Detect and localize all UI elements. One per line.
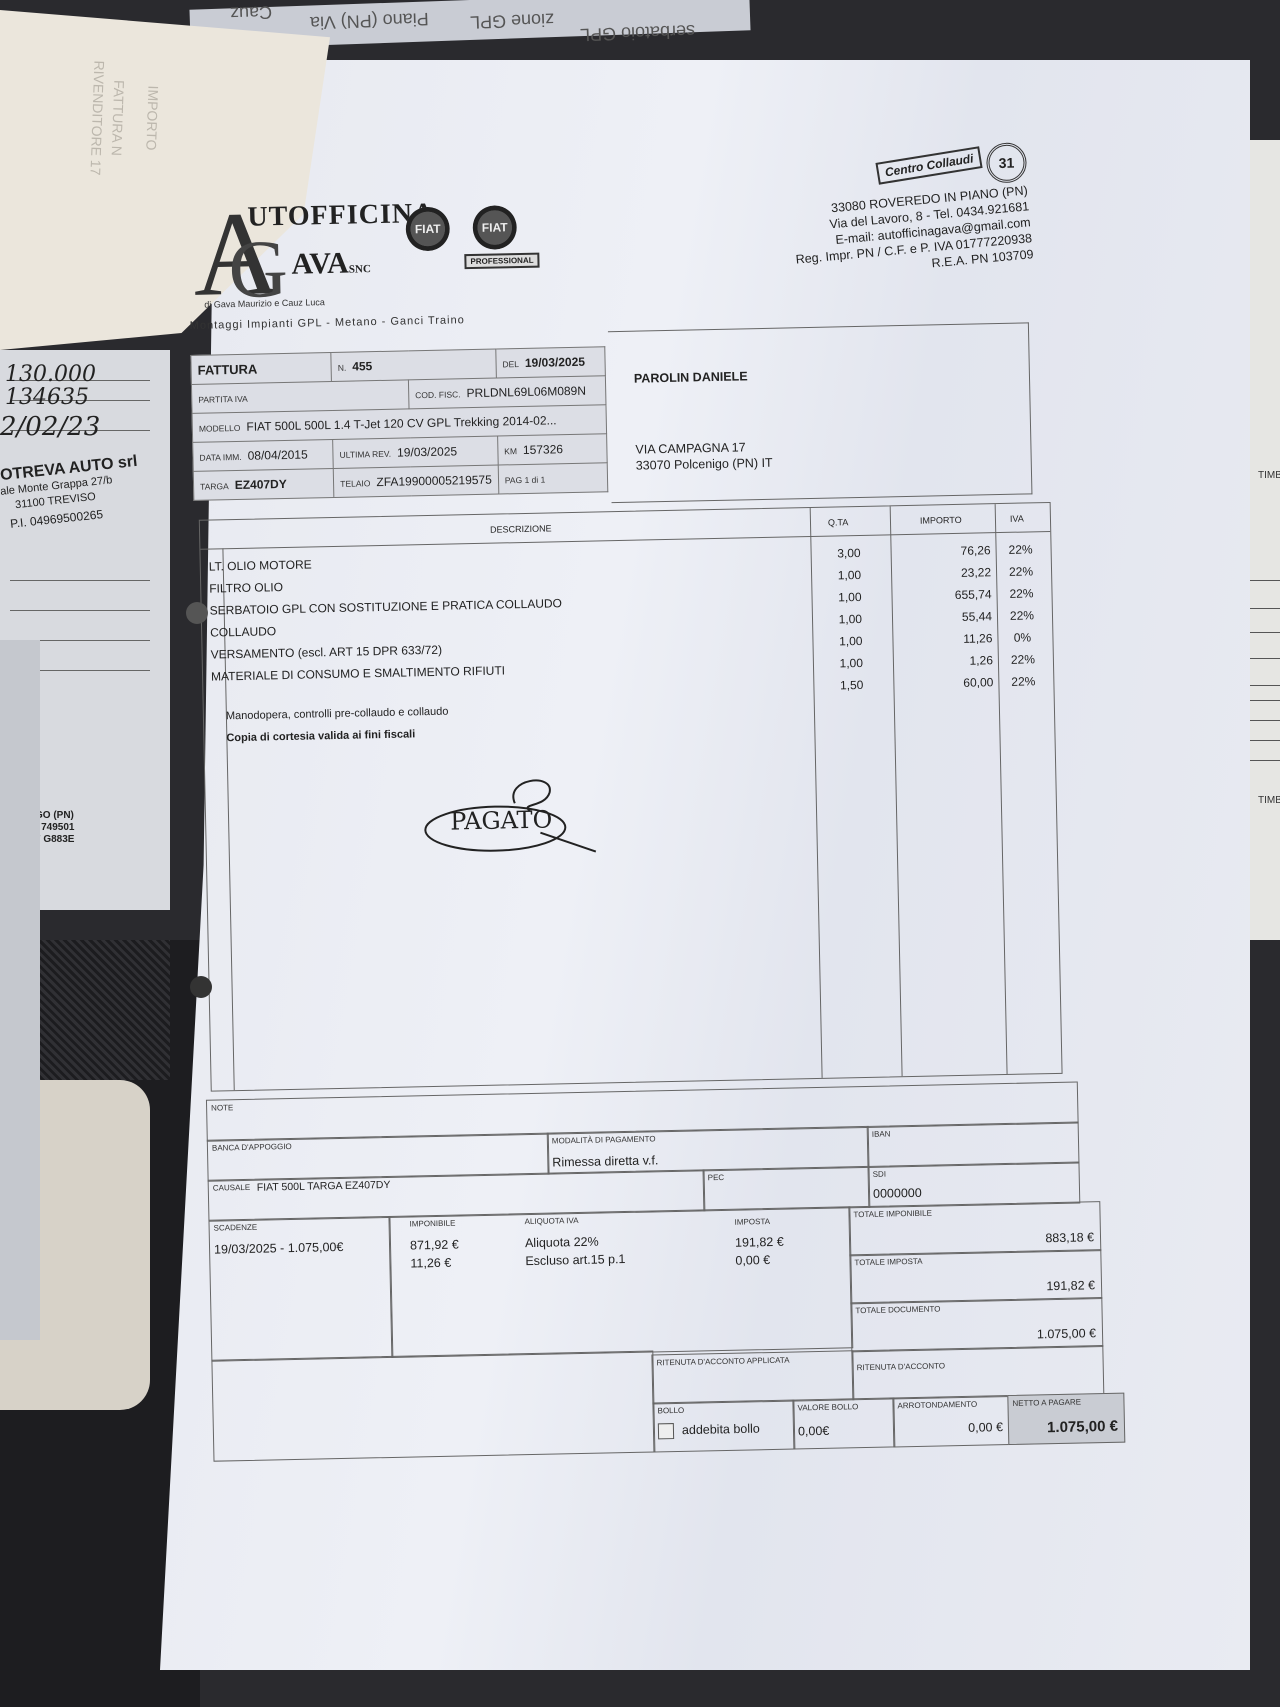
bg-text: zione GPL bbox=[470, 9, 555, 33]
total-tax-label: TOTALE IMPOSTA bbox=[854, 1257, 922, 1267]
taxable-value: 11,26 € bbox=[410, 1256, 451, 1271]
item-vat: 22% bbox=[1003, 652, 1043, 667]
stamp-duty-option[interactable]: addebita bollo bbox=[658, 1421, 760, 1439]
column-header-vat: IVA bbox=[1010, 514, 1024, 524]
item-amount: 23,22 bbox=[901, 565, 991, 581]
rounding-label: ARROTONDAMENTO bbox=[897, 1400, 977, 1411]
vat-rate-value: Escluso art.15 p.1 bbox=[525, 1252, 625, 1268]
item-vat: 22% bbox=[1001, 586, 1041, 601]
item-amount: 60,00 bbox=[903, 675, 993, 691]
notes-label: NOTE bbox=[211, 1103, 233, 1112]
item-qty: 1,00 bbox=[822, 612, 862, 627]
item-amount: 76,26 bbox=[900, 543, 990, 559]
net-payable-label: NETTO A PAGARE bbox=[1012, 1398, 1081, 1408]
bg-text: Cauz bbox=[230, 1, 273, 23]
item-amount: 11,26 bbox=[902, 631, 992, 647]
document-type: FATTURA bbox=[197, 361, 257, 377]
item-qty: 3,00 bbox=[820, 546, 860, 561]
due-dates-label: SCADENZE bbox=[214, 1223, 258, 1233]
sdi-label: SDI bbox=[873, 1170, 887, 1179]
invoice-header-table: FATTURA N.455 DEL19/03/2025 PARTITA IVA … bbox=[190, 346, 608, 501]
handwritten-text: 130.000 bbox=[5, 362, 96, 387]
item-qty: 1,00 bbox=[821, 590, 861, 605]
stamp-value: 0,00€ bbox=[798, 1424, 830, 1439]
license-plate: EZ407DY bbox=[235, 477, 287, 492]
bg-text: Piano (PN) Via bbox=[310, 8, 429, 33]
item-qty: 1,50 bbox=[823, 678, 863, 693]
customer-box: PAROLIN DANIELE VIA CAMPAGNA 17 33070 Po… bbox=[608, 322, 1033, 503]
logo-text-bottom: AVASNC bbox=[291, 246, 371, 282]
payment-method-label: MODALITÀ DI PAGAMENTO bbox=[552, 1134, 656, 1145]
item-description: MATERIALE DI CONSUMO E SMALTIMENTO RIFIU… bbox=[211, 663, 505, 683]
item-description: COLLAUDO bbox=[210, 624, 276, 639]
vat-rate-value: Aliquota 22% bbox=[525, 1235, 599, 1251]
stamp-value-label: VALORE BOLLO bbox=[797, 1402, 858, 1412]
item-note: Copia di cortesia valida ai fini fiscali bbox=[226, 728, 415, 744]
signature-paid-stamp: PAGATO bbox=[419, 771, 601, 865]
fiat-professional-label: PROFESSIONAL bbox=[464, 253, 539, 270]
stamp-text: 7 G883E bbox=[35, 834, 74, 845]
total-document-value: 1.075,00 € bbox=[1037, 1326, 1096, 1341]
handwritten-text: 2/02/23 bbox=[0, 412, 100, 442]
vat-rate-label: ALIQUOTA IVA bbox=[524, 1216, 578, 1226]
withholding-label: RITENUTA D'ACCONTO bbox=[857, 1361, 946, 1372]
taxable-label: IMPONIBILE bbox=[409, 1219, 455, 1229]
centro-collaudi-logo: Centro Collaudi bbox=[875, 146, 983, 185]
company-logo: A G UTOFFICINA AVASNC di Gava Maurizio e… bbox=[192, 188, 524, 315]
item-qty: 1,00 bbox=[821, 568, 861, 583]
items-table: DESCRIZIONE Q.TA IMPORTO IVA LT. OLIO MO… bbox=[199, 502, 1063, 1092]
stamp-text: GO (PN) bbox=[35, 810, 74, 821]
column-header-qty: Q.TA bbox=[828, 517, 849, 527]
vehicle-model: FIAT 500L 500L 1.4 T-Jet 120 CV GPL Trek… bbox=[246, 413, 556, 433]
item-description: LT. OLIO MOTORE bbox=[209, 557, 312, 573]
column-header-description: DESCRIZIONE bbox=[490, 523, 552, 534]
sdi-value: 0000000 bbox=[873, 1186, 922, 1201]
bg-text: serbatoio GPL bbox=[580, 20, 696, 45]
company-address: 33080 ROVEREDO IN PIANO (PN) Via del Lav… bbox=[788, 182, 1034, 283]
causale-label: CAUSALE bbox=[213, 1183, 251, 1193]
due-date-value: 19/03/2025 - 1.075,00€ bbox=[214, 1240, 344, 1257]
item-description: VERSAMENTO (escl. ART 15 DPR 633/72) bbox=[210, 643, 442, 662]
payment-method: Rimessa diretta v.f. bbox=[552, 1153, 658, 1169]
pec-label: PEC bbox=[708, 1173, 725, 1182]
item-description: SERBATOIO GPL CON SOSTITUZIONE E PRATICA… bbox=[210, 596, 563, 617]
item-amount: 655,74 bbox=[901, 587, 991, 603]
item-vat: 22% bbox=[1002, 608, 1042, 623]
tax-label: IMPOSTA bbox=[735, 1217, 771, 1227]
item-qty: 1,00 bbox=[822, 634, 862, 649]
tax-value: 191,82 € bbox=[735, 1235, 784, 1250]
item-vat: 22% bbox=[1000, 542, 1040, 557]
stamp-duty-label: BOLLO bbox=[657, 1406, 684, 1416]
item-amount: 1,26 bbox=[903, 653, 993, 669]
item-vat: 22% bbox=[1001, 564, 1041, 579]
stamp-text: P.I. 04969500265 bbox=[10, 507, 104, 531]
last-revision-date: 19/03/2025 bbox=[397, 444, 457, 459]
stamp-duty-checkbox[interactable] bbox=[658, 1423, 674, 1439]
stamp-text: - 749501 bbox=[35, 822, 74, 833]
codice-fiscale: PRLDNL69L06M089N bbox=[466, 384, 586, 400]
punch-hole bbox=[186, 602, 208, 624]
background-document-left-edge bbox=[0, 640, 40, 1340]
punch-hole bbox=[190, 976, 212, 998]
item-vat: 22% bbox=[1003, 674, 1043, 689]
company-owners: di Gava Maurizio e Cauz Luca bbox=[204, 297, 325, 310]
car-mesh-background bbox=[20, 940, 170, 1080]
mileage: 157326 bbox=[523, 442, 563, 457]
total-document-label: TOTALE DOCUMENTO bbox=[855, 1304, 940, 1315]
net-payable-value: 1.075,00 € bbox=[1047, 1418, 1118, 1436]
item-qty: 1,00 bbox=[823, 656, 863, 671]
bank-label: BANCA D'APPOGGIO bbox=[212, 1142, 292, 1153]
customer-name: PAROLIN DANIELE bbox=[634, 369, 748, 385]
tax-value: 0,00 € bbox=[735, 1253, 770, 1268]
total-tax-value: 191,82 € bbox=[1046, 1278, 1095, 1293]
svg-text:PAGATO: PAGATO bbox=[450, 805, 553, 835]
invoice-date: 19/03/2025 bbox=[525, 355, 585, 370]
causale-value: FIAT 500L TARGA EZ407DY bbox=[257, 1179, 391, 1194]
item-amount: 55,44 bbox=[902, 609, 992, 625]
withholding-applied-label: RITENUTA D'ACCONTO APPLICATA bbox=[656, 1356, 789, 1368]
rounding-value: 0,00 € bbox=[968, 1420, 1003, 1435]
page-indicator: PAG 1 di 1 bbox=[505, 475, 546, 486]
bg-label: TIMB bbox=[1258, 470, 1280, 481]
total-taxable-label: TOTALE IMPONIBILE bbox=[853, 1209, 932, 1220]
invoice-number: 455 bbox=[352, 359, 372, 373]
invoice-document: A G UTOFFICINA AVASNC di Gava Maurizio e… bbox=[185, 80, 1176, 1600]
certification-seal-icon: 31 bbox=[986, 142, 1027, 183]
taxable-value: 871,92 € bbox=[410, 1238, 459, 1253]
registration-date: 08/04/2015 bbox=[248, 448, 308, 463]
total-taxable-value: 883,18 € bbox=[1045, 1230, 1094, 1245]
column-header-amount: IMPORTO bbox=[920, 515, 962, 526]
handwritten-text: 134635 bbox=[5, 385, 89, 410]
bg-label: TIMB bbox=[1258, 795, 1280, 806]
customer-address: VIA CAMPAGNA 17 33070 Polcenigo (PN) IT bbox=[635, 439, 773, 474]
iban-label: IBAN bbox=[872, 1129, 891, 1138]
item-description: FILTRO OLIO bbox=[209, 580, 283, 596]
item-vat: 0% bbox=[1002, 630, 1042, 645]
chassis-number: ZFA19900005219575 bbox=[376, 473, 492, 489]
